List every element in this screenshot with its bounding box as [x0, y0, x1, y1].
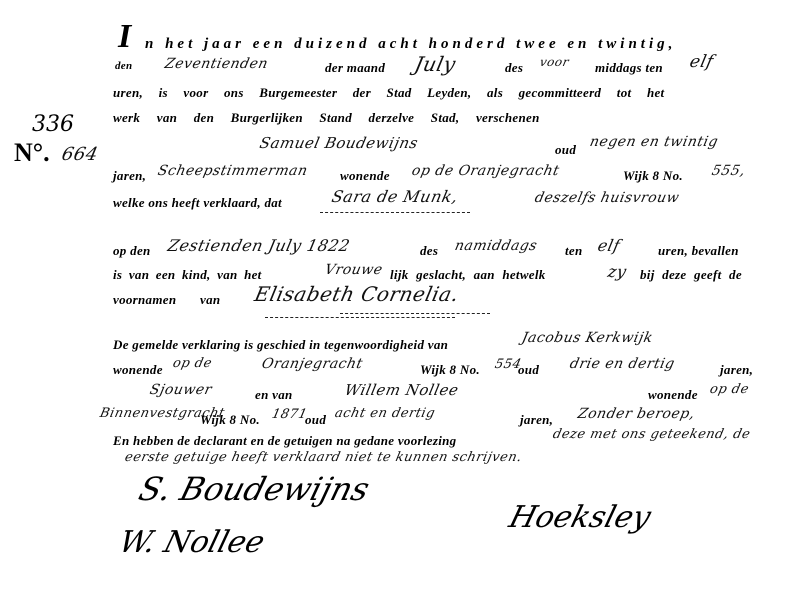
line-9-printed-1: voornamen [113, 292, 176, 308]
line-1-printed-3: des [505, 60, 523, 76]
line-4-printed-1: oud [555, 142, 576, 158]
line-6-mother-name: Sara de Munk, [330, 187, 460, 206]
document-page: 336 N°. 664 I n het jaar een duizend ach… [0, 0, 800, 600]
line-13-printed-3: jaren, [520, 412, 553, 428]
line-12-op-de: op de [708, 382, 750, 397]
line-13-house-number: 1871 [270, 407, 308, 422]
line-12-printed-1: en van [255, 387, 293, 403]
line-5-printed-1: jaren, [113, 168, 146, 184]
line-4-age: negen en twintig [588, 134, 719, 150]
line-5-printed-3: Wijk 8 No. [623, 168, 683, 184]
line-12-printed-2: wonende [648, 387, 698, 403]
line-11-printed-1: wonende [113, 362, 163, 378]
line-5-address: op de Oranjegracht [410, 163, 561, 179]
line-4-declarant-name: Samuel Boudewijns [258, 134, 420, 152]
line-9-child-name: Elisabeth Cornelia. [252, 282, 461, 306]
line-10-overline [265, 317, 455, 318]
signature-witness: W. Nollee [115, 525, 268, 560]
line-15-closing: eerste getuige heeft verklaard niet te k… [123, 450, 523, 465]
line-9-underline [340, 313, 490, 314]
line-12-witness-2-name: Willem Nollee [343, 381, 460, 399]
line-2-printed: uren, is voor ons Burgemeester der Stad … [113, 85, 664, 101]
line-3-printed: werk van den Burgerlijken Stand derzelve… [113, 110, 540, 126]
line-7-printed-4: uren, bevallen [658, 243, 739, 259]
line-5-printed-2: wonende [340, 168, 390, 184]
line-10-witness-1-name: Jacobus Kerkwijk [520, 330, 654, 346]
line-8-printed-3: bij deze geeft de [640, 267, 742, 283]
line-1-day: Zeventienden [163, 56, 269, 72]
line-14-closing: deze met ons geteekend, de [551, 427, 751, 442]
line-5-occupation: Scheepstimmerman [156, 163, 309, 179]
line-11-printed-3: oud [518, 362, 539, 378]
line-1-printed-4: middags ten [595, 60, 663, 76]
line-0-printed: n het jaar een duizend acht honderd twee… [145, 36, 676, 53]
signature-official: Hoeksley [505, 500, 654, 535]
line-7-printed-3: ten [565, 243, 583, 259]
line-1-voor: voor [539, 55, 571, 69]
line-7-printed-1: op den [113, 243, 151, 259]
line-5-house-number: 555, [710, 163, 747, 179]
line-11-printed-4: jaren, [720, 362, 753, 378]
line-1-printed-1: den [115, 60, 132, 72]
line-1-printed-2: der maand [325, 60, 385, 76]
line-14-printed-1: En hebben de declarant en de getuigen na… [113, 433, 456, 449]
line-13-occupation: Zonder beroep, [576, 406, 696, 422]
dropcap-letter: I [118, 18, 131, 56]
line-1-month: July [412, 52, 458, 76]
line-8-printed-2: lijk geslacht, aan hetwelk [390, 267, 546, 283]
line-8-sex: Vrouwe [323, 262, 384, 278]
register-number-handwritten: 336 [32, 112, 74, 137]
line-8-pronoun: zy [606, 262, 629, 281]
line-7-printed-2: des [420, 243, 438, 259]
line-13-age: acht en dertig [333, 406, 436, 421]
line-11-op-de: op de [171, 356, 213, 371]
line-6-printed-1: welke ons heeft verklaard, dat [113, 195, 282, 211]
number-label: N°. [14, 138, 50, 168]
line-8-printed-1: is van een kind, van het [113, 267, 262, 283]
line-7-birth-date: Zestienden July 1822 [166, 236, 352, 255]
line-6-underline [320, 212, 470, 213]
line-11-age: drie en dertig [568, 356, 676, 372]
line-1-hour: elf [688, 52, 716, 72]
line-12-occupation: Sjouwer [148, 382, 213, 398]
line-9-printed-2: van [200, 292, 220, 308]
line-7-daypart: namiddags [453, 238, 538, 254]
number-value: 664 [60, 144, 100, 165]
line-10-printed-1: De gemelde verklaring is geschied in teg… [113, 337, 448, 353]
line-6-relation: deszelfs huisvrouw [533, 190, 681, 206]
line-11-address: Oranjegracht [260, 356, 364, 372]
line-13-printed-1: Wijk 8 No. [200, 412, 260, 428]
line-13-printed-2: oud [305, 412, 326, 428]
signature-declarant: S. Boudewijns [135, 470, 374, 508]
line-7-hour: elf [596, 236, 622, 255]
line-11-printed-2: Wijk 8 No. [420, 362, 480, 378]
